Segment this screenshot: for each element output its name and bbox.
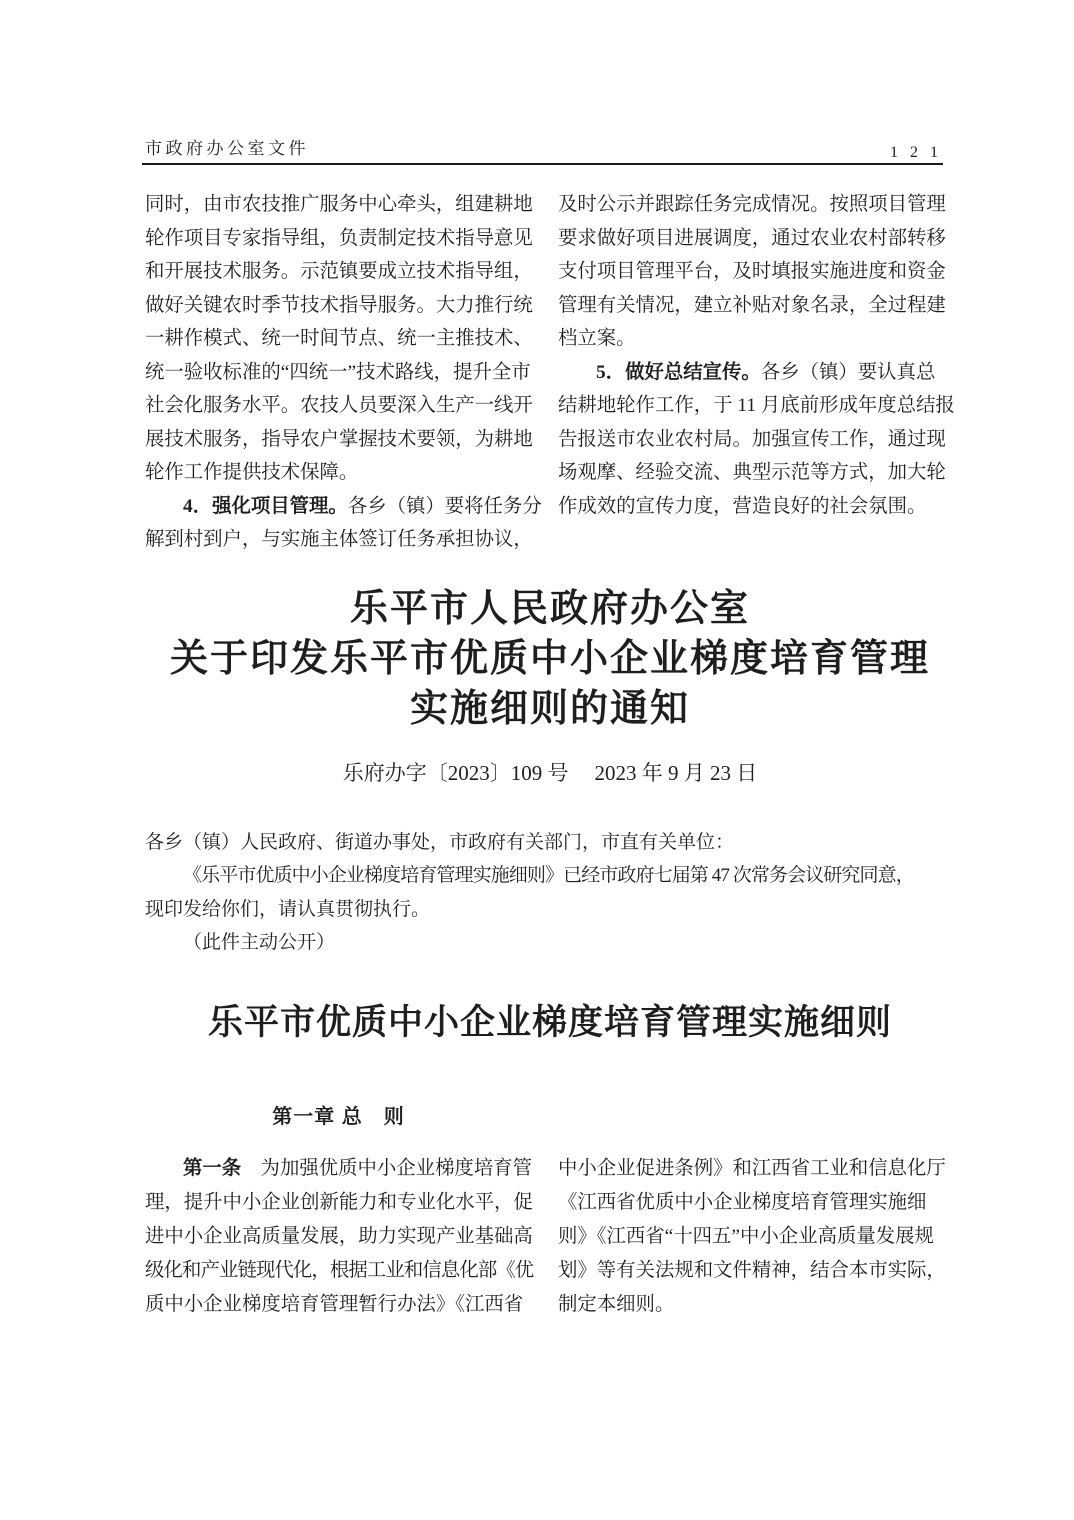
regulation-left-column: 第一条 为加强优质中小企业梯度培育管 理，提升中小企业创新能力和专业化水平，促 … [145,1152,532,1322]
body-line: 社会化服务水平。农技人员要深入生产一线开 [145,389,532,423]
notice-title-line2: 关于印发乐平市优质中小企业梯度培育管理 [150,634,950,684]
continuation-text-block: 同时，由市农技推广服务中心牵头，组建耕地 轮作项目专家指导组，负责制定技术指导意… [145,188,945,557]
body-line: 制定本细则。 [558,1288,945,1322]
body-line: 管理有关情况，建立补贴对象名录，全过程建 [558,289,945,323]
notice-title: 乐平市人民政府办公室 关于印发乐平市优质中小企业梯度培育管理 实施细则的通知 [150,584,950,734]
notice-body-line: 《乐平市优质中小企业梯度培育管理实施细则》已经市政府七届第 47 次常务会议研究… [145,859,950,892]
header-rule [142,163,943,165]
recipients-line: 各乡（镇）人民政府、街道办事处，市政府有关部门，市直有关单位： [145,826,950,859]
notice-title-line1: 乐平市人民政府办公室 [150,584,950,634]
body-line: 《江西省优质中小企业梯度培育管理实施细 [558,1186,945,1220]
body-line: 轮作项目专家指导组，负责制定技术指导意见 [145,222,532,256]
page-number: 1 2 1 [890,144,942,162]
body-line: 及时公示并跟踪任务完成情况。按照项目管理 [558,188,945,222]
item4-label: 4．强化项目管理。 [183,496,348,517]
regulation-title: 乐平市优质中小企业梯度培育管理实施细则 [150,995,950,1045]
body-line: 进中小企业高质量发展，助力实现产业基础高 [145,1220,532,1254]
body-line: 要求做好项目进展调度，通过农业农村部转移 [558,222,945,256]
body-line: 轮作工作提供技术保障。 [145,456,532,490]
body-line: 做好关键农时季节技术指导服务。大力推行统 [145,289,532,323]
disclosure-note: （此件主动公开） [145,926,950,959]
body-line: 解到村到户，与实施主体签订任务承担协议， [145,523,532,557]
body-line: 第一条 为加强优质中小企业梯度培育管 [145,1152,532,1186]
body-line: 档立案。 [558,322,945,356]
body-line: 场观摩、经验交流、典型示范等方式，加大轮 [558,456,945,490]
item5-text: 各乡（镇）要认真总 [761,362,936,383]
chapter1-heading: 第一章 总 则 [145,1100,532,1129]
notice-title-line3: 实施细则的通知 [150,684,950,734]
item5-label: 5．做好总结宣传。 [596,362,761,383]
document-page: { "header": { "title": "市政府办公室文件", "page… [0,0,1074,1520]
body-line: 4．强化项目管理。各乡（镇）要将任务分 [145,490,532,524]
body-line: 5．做好总结宣传。各乡（镇）要认真总 [558,356,945,390]
header-office-label: 市政府办公室文件 [145,134,309,159]
regulation-right-column: 中小企业促进条例》和江西省工业和信息化厅 《江西省优质中小企业梯度培育管理实施细… [558,1152,945,1322]
body-line: 统一验收标准的“四统一”技术路线，提升全市 [145,356,532,390]
body-line: 告报送市农业农村局。加强宣传工作，通过现 [558,423,945,457]
body-line: 同时，由市农技推广服务中心牵头，组建耕地 [145,188,532,222]
body-line: 一耕作模式、统一时间节点、统一主推技术、 [145,322,532,356]
body-line: 级化和产业链现代化，根据工业和信息化部《优 [145,1254,532,1288]
notice-body-line: 现印发给你们，请认真贯彻执行。 [145,893,950,926]
item4-text: 各乡（镇）要将任务分 [348,496,542,517]
body-line: 理，提升中小企业创新能力和专业化水平，促 [145,1186,532,1220]
article1-text: 为加强优质中小企业梯度培育管 [241,1158,532,1179]
article1-label: 第一条 [183,1158,241,1179]
continuation-left-column: 同时，由市农技推广服务中心牵头，组建耕地 轮作项目专家指导组，负责制定技术指导意… [145,188,532,557]
continuation-right-column: 及时公示并跟踪任务完成情况。按照项目管理 要求做好项目进展调度，通过农业农村部转… [558,188,945,557]
body-line: 展技术服务，指导农户掌握技术要领，为耕地 [145,423,532,457]
body-line: 支付项目管理平台，及时填报实施进度和资金 [558,255,945,289]
body-line: 划》等有关法规和文件精神，结合本市实际， [558,1254,945,1288]
doc-date: 2023 年 9 月 23 日 [595,761,758,785]
regulation-text-block: 第一条 为加强优质中小企业梯度培育管 理，提升中小企业创新能力和专业化水平，促 … [145,1152,945,1322]
body-line: 和开展技术服务。示范镇要成立技术指导组， [145,255,532,289]
notice-body: 各乡（镇）人民政府、街道办事处，市政府有关部门，市直有关单位： 《乐平市优质中小… [145,826,950,960]
body-line: 质中小企业梯度培育管理暂行办法》《江西省 [145,1288,532,1322]
body-line: 结耕地轮作工作，于 11 月底前形成年度总结报 [558,389,945,423]
doc-number-line: 乐府办字〔2023〕109 号2023 年 9 月 23 日 [150,757,950,787]
body-line: 中小企业促进条例》和江西省工业和信息化厅 [558,1152,945,1186]
body-line: 则》《江西省“十四五”中小企业高质量发展规 [558,1220,945,1254]
doc-number: 乐府办字〔2023〕109 号 [343,761,569,785]
body-line: 作成效的宣传力度，营造良好的社会氛围。 [558,490,945,524]
